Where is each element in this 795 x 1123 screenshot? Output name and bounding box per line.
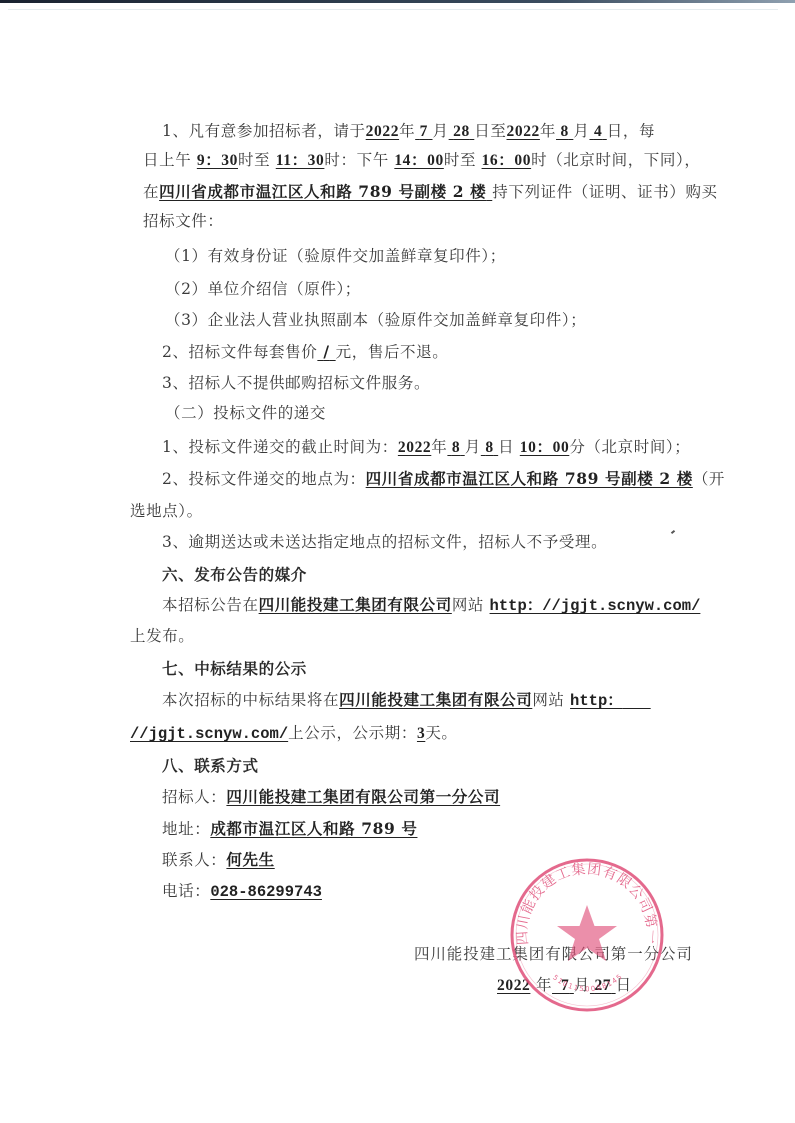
text: 2、招标文件每套售价: [162, 343, 317, 361]
submission-item1: 1、投标文件递交的截止时间为：2022年 8 月 8 日 10：00分（北京时间…: [162, 437, 690, 458]
purchase-item2: 2、招标文件每套售价 / 元，售后不退。: [162, 342, 448, 362]
text: 1、投标文件递交的截止时间为：: [162, 438, 398, 456]
deadline-year: 2022: [398, 439, 431, 456]
submission-address: 四川省成都市温江区人和路 789 号副楼 2 楼: [366, 469, 693, 488]
submission-item2: 2、投标文件递交的地点为：四川省成都市温江区人和路 789 号副楼 2 楼（开: [162, 469, 725, 489]
start-day: 28: [453, 123, 470, 140]
result-heading: 七、中标结果的公示: [162, 659, 307, 679]
text: 时至: [238, 151, 270, 169]
text: 网站: [532, 691, 564, 709]
purchase-item1-line3: 在四川省成都市温江区人和路 789 号副楼 2 楼 持下列证件（证明、证书）购买: [143, 182, 718, 202]
media-url-link[interactable]: http：//jgjt.scnyw.com/: [490, 597, 701, 615]
text: 时至: [444, 151, 476, 169]
start-year: 2022: [366, 123, 399, 140]
end-month: 8: [561, 123, 569, 140]
required-doc-3: （3）企业法人营业执照副本（验原件交加盖鲜章复印件）；: [165, 310, 586, 330]
submission-heading: （二）投标文件的递交: [165, 403, 326, 423]
label: 联系人：: [162, 851, 226, 869]
address-value: 成都市温江区人和路 789 号: [210, 819, 417, 838]
am-start-time: 9：30: [197, 152, 238, 169]
text: 本次招标的中标结果将在: [162, 691, 339, 709]
required-doc-2: （2）单位介绍信（原件）；: [165, 279, 361, 299]
text: 分（北京时间）；: [569, 438, 690, 456]
text: 天。: [425, 724, 457, 742]
media-text: 本招标公告在四川能投建工集团有限公司网站 http：//jgjt.scnyw.c…: [162, 595, 700, 616]
text: 上公示，公示期：: [288, 724, 417, 742]
contact-person-value: 何先生: [226, 850, 274, 869]
text: 在: [143, 183, 159, 201]
text: 日上午: [143, 151, 191, 169]
text: 元，售后不退。: [336, 343, 449, 361]
label: 地址：: [162, 820, 210, 838]
signature-company: 四川能投建工集团有限公司第一分公司: [414, 944, 693, 964]
text: 2、投标文件递交的地点为：: [162, 470, 366, 488]
scan-speck: [671, 530, 675, 534]
purchase-item1-line2: 日上午 9：30时至 11：30时：下午 14：00时至 16：00时（北京时间…: [143, 150, 700, 171]
price: /: [323, 342, 329, 361]
end-day: 4: [594, 123, 602, 140]
result-text-line2: //jgjt.scnyw.com/上公示，公示期：3天。: [130, 723, 458, 744]
result-url-link-part2[interactable]: //jgjt.scnyw.com/: [130, 725, 288, 743]
contact-tenderer: 招标人：四川能投建工集团有限公司第一分公司: [162, 787, 500, 807]
media-company: 四川能投建工集团有限公司: [259, 595, 452, 614]
media-heading: 六、发布公告的媒介: [162, 565, 307, 585]
signature-year: 2022: [497, 977, 530, 994]
label: 电话：: [162, 882, 210, 900]
text: 本招标公告在: [162, 596, 259, 614]
purchase-item1-line1: 1、凡有意参加招标者，请于2022年 7 月 28 日至2022年 8 月 4 …: [162, 121, 655, 142]
end-year: 2022: [507, 123, 540, 140]
result-text: 本次招标的中标结果将在四川能投建工集团有限公司网站 http：: [162, 690, 651, 711]
text: 时（北京时间，下同），: [531, 151, 700, 169]
result-company: 四川能投建工集团有限公司: [339, 690, 532, 709]
purchase-item1-line4: 招标文件：: [143, 211, 224, 231]
required-doc-1: （1）有效身份证（验原件交加盖鲜章复印件）；: [165, 246, 506, 266]
label: 招标人：: [162, 788, 226, 806]
seal-text: 四川能投建工集团有限公司第一分公司: [509, 857, 659, 946]
pm-start-time: 14：00: [394, 152, 444, 169]
contact-address: 地址：成都市温江区人和路 789 号: [162, 819, 417, 839]
contact-heading: 八、联系方式: [162, 756, 259, 776]
contact-phone: 电话：028-86299743: [162, 881, 322, 902]
purchase-address: 四川省成都市温江区人和路 789 号副楼 2 楼: [159, 182, 486, 201]
phone-value: 028-86299743: [210, 883, 322, 901]
text: 1、凡有意参加招标者，请于: [162, 122, 366, 140]
deadline-month: 8: [452, 439, 460, 456]
submission-item2-line2: 选地点）。: [130, 501, 203, 521]
result-url-link-part1[interactable]: http：: [570, 692, 651, 710]
purchase-item3: 3、招标人不提供邮购招标文件服务。: [162, 373, 430, 393]
am-end-time: 11：30: [276, 152, 325, 169]
scan-edge-line: [8, 9, 778, 10]
text: 日，每: [607, 122, 655, 140]
text: 网站: [452, 596, 484, 614]
deadline-day: 8: [485, 439, 493, 456]
start-month: 7: [420, 123, 428, 140]
text: 持下列证件（证明、证书）购买: [492, 183, 717, 201]
text: 时：下午: [324, 151, 388, 169]
tenderer-value: 四川能投建工集团有限公司第一分公司: [226, 787, 500, 806]
deadline-time: 10：00: [520, 439, 570, 456]
contact-person: 联系人：何先生: [162, 850, 275, 870]
signature-date: 2022 年 7 月 27 日: [497, 975, 632, 996]
signature-day: 27: [594, 977, 611, 994]
text: （开: [693, 470, 725, 488]
signature-month: 7: [561, 977, 569, 994]
pm-end-time: 16：00: [482, 152, 532, 169]
scan-edge: [0, 0, 795, 3]
submission-item3: 3、逾期送达或未送达指定地点的招标文件，招标人不予受理。: [162, 532, 607, 552]
text: 日至: [474, 122, 506, 140]
svg-text:四川能投建工集团有限公司第一分公司: 四川能投建工集团有限公司第一分公司: [509, 857, 659, 946]
media-text-line2: 上发布。: [130, 626, 194, 646]
